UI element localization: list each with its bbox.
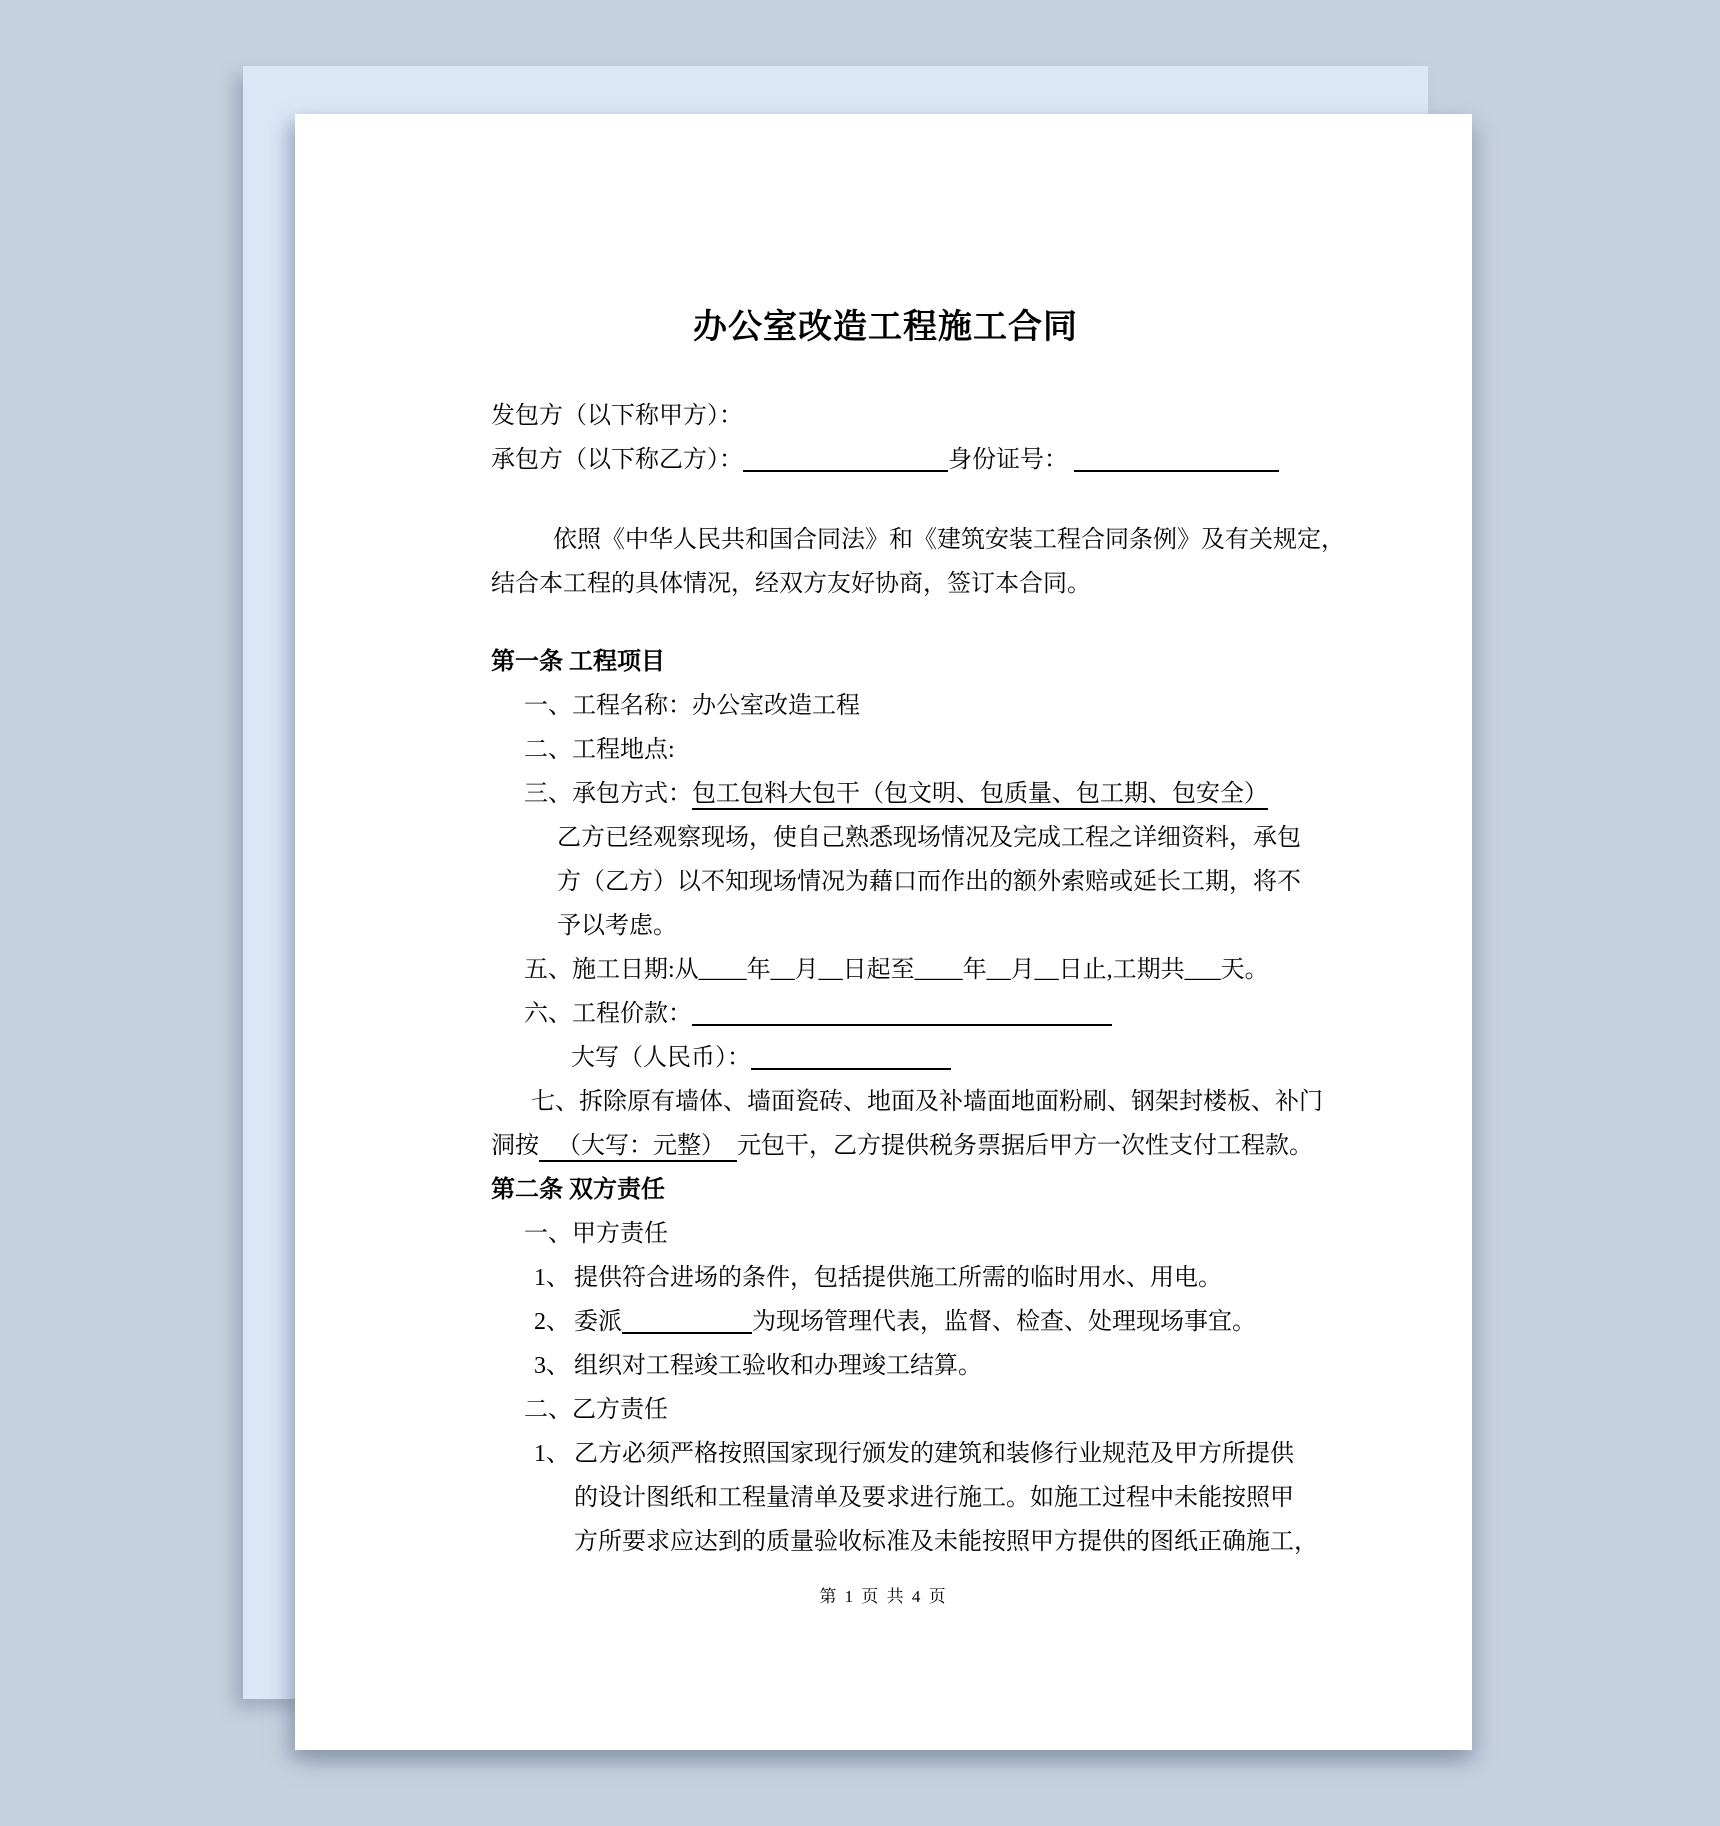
page-content: 办公室改造工程施工合同 发包方（以下称甲方）： 承包方（以下称乙方）：身份证号：… [295,114,1472,1564]
contract-page: 办公室改造工程施工合同 发包方（以下称甲方）： 承包方（以下称乙方）：身份证号：… [295,114,1472,1750]
contract-mode-value-underlined: 包工包料大包干（包文明、包质量、包工期、包安全） [692,781,1268,810]
party-a-line: 发包方（以下称甲方）： [491,394,1280,438]
item-number: 1、 [534,1256,574,1300]
item-text: 委派为现场管理代表，监督、检查、处理现场事宜。 [574,1300,1280,1344]
article-1-item-5-dates: 五、施工日期:从____年__月__日起至____年__月__日止,工期共___… [524,948,1280,992]
article-1-item-6-price: 六、工程价款： [524,992,1280,1036]
article-1-item-7-line-1: 七、拆除原有墙体、墙面瓷砖、地面及补墙面地面粉刷、钢架封楼板、补门 [531,1080,1280,1124]
delegate-prefix: 委派 [574,1309,622,1335]
price-in-words-line: 大写（人民币）： [571,1036,1280,1080]
site-survey-para-line-1: 乙方已经观察现场，使自己熟悉现场情况及完成工程之详细资料，承包 [557,816,1280,860]
site-survey-para-line-3: 予以考虑。 [557,904,1280,948]
article-1-item-7-line-2: 洞按（大写：元整）元包干，乙方提供税务票据后甲方一次性支付工程款。 [491,1124,1280,1168]
delegate-blank-underline [622,1306,752,1334]
article-2-heading: 第二条 双方责任 [491,1168,1280,1212]
item-number: 3、 [534,1344,574,1388]
price-blank-underline [692,998,1112,1026]
preamble-line-2: 结合本工程的具体情况，经双方友好协商，签订本合同。 [491,562,1280,606]
item-text: 乙方必须严格按照国家现行颁发的建筑和装修行业规范及甲方所提供 的设计图纸和工程量… [574,1432,1318,1564]
item-text: 提供符合进场的条件，包括提供施工所需的临时用水、用电。 [574,1256,1280,1300]
price-in-words-label: 大写（人民币）： [571,1045,751,1071]
preamble-line-1: 依照《中华人民共和国合同法》和《建筑安装工程合同条例》及有关规定， [491,518,1280,562]
item-number: 1、 [534,1432,574,1564]
party-b-blank-underline [743,444,948,472]
price-in-words-blank-underline [751,1042,951,1070]
item-7-suffix: 元包干，乙方提供税务票据后甲方一次性支付工程款。 [737,1133,1313,1159]
page-number-footer: 第 1 页 共 4 页 [295,1587,1472,1607]
desktop-background: { "colors": { "canvas": "#c6d1df", "shee… [0,0,1720,1826]
page-title: 办公室改造工程施工合同 [491,304,1280,352]
article-1-item-1: 一、工程名称：办公室改造工程 [524,684,1280,728]
party-a-duty-3: 3、 组织对工程竣工验收和办理竣工结算。 [534,1344,1280,1388]
party-b-duty-1-line-2: 的设计图纸和工程量清单及要求进行施工。如施工过程中未能按照甲 [574,1476,1318,1520]
party-a-duty-1: 1、 提供符合进场的条件，包括提供施工所需的临时用水、用电。 [534,1256,1280,1300]
party-a-duties-heading: 一、甲方责任 [524,1212,1280,1256]
id-number-blank-underline [1074,444,1279,472]
contract-mode-label: 三、承包方式： [524,781,692,807]
article-1-item-3: 三、承包方式：包工包料大包干（包文明、包质量、包工期、包安全） [524,772,1280,816]
article-1-heading: 第一条 工程项目 [491,640,1280,684]
delegate-suffix: 为现场管理代表，监督、检查、处理现场事宜。 [752,1309,1256,1335]
party-b-duty-1-line-3: 方所要求应达到的质量验收标准及未能按照甲方提供的图纸正确施工， [574,1520,1318,1564]
item-7-amount-underlined: （大写：元整） [539,1133,737,1162]
party-b-duty-1-line-1: 乙方必须严格按照国家现行颁发的建筑和装修行业规范及甲方所提供 [574,1432,1318,1476]
item-number: 2、 [534,1300,574,1344]
party-b-duties-heading: 二、乙方责任 [524,1388,1280,1432]
id-number-label: 身份证号： [948,447,1068,473]
item-7-prefix: 洞按 [491,1133,539,1159]
article-1-item-2: 二、工程地点: [524,728,1280,772]
party-b-line: 承包方（以下称乙方）：身份证号： [491,438,1280,482]
party-a-duty-2: 2、 委派为现场管理代表，监督、检查、处理现场事宜。 [534,1300,1280,1344]
party-b-duty-1: 1、 乙方必须严格按照国家现行颁发的建筑和装修行业规范及甲方所提供 的设计图纸和… [534,1432,1280,1564]
party-b-label: 承包方（以下称乙方）： [491,447,743,473]
site-survey-para-line-2: 方（乙方）以不知现场情况为藉口而作出的额外索赔或延长工期，将不 [557,860,1280,904]
item-text: 组织对工程竣工验收和办理竣工结算。 [574,1344,1280,1388]
price-label: 六、工程价款： [524,1001,692,1027]
